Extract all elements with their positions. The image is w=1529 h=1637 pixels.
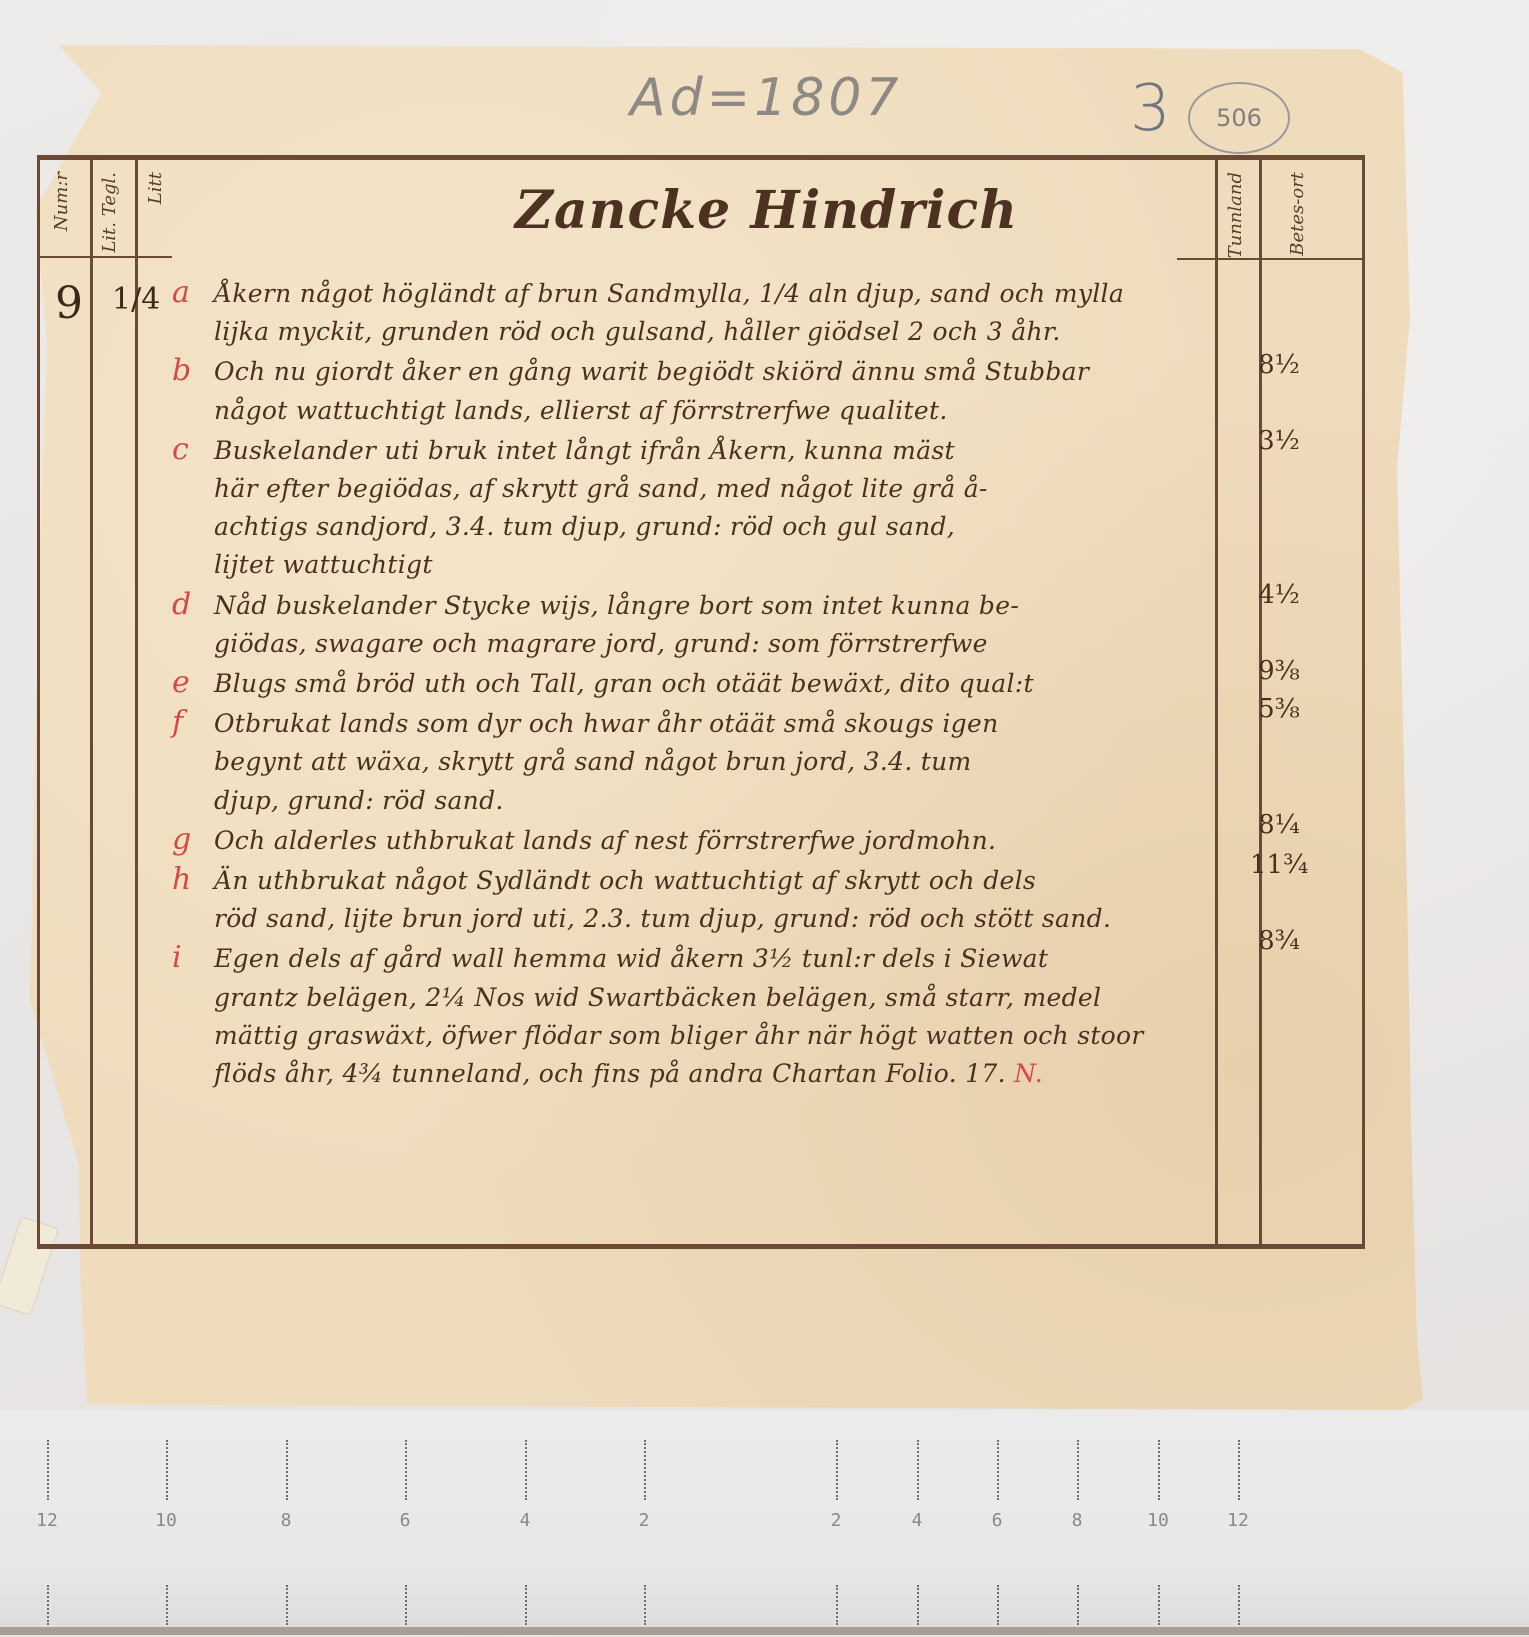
ruler-label: 10 xyxy=(1147,1510,1169,1531)
entry-b: b Och nu giordt åker en gång warit begiö… xyxy=(172,353,1242,429)
entry-line: något wattuchtigt lands, ellierst af för… xyxy=(214,392,1242,430)
entry-letter: i xyxy=(172,940,182,975)
entry-g: g Och alderles uthbrukat lands af nest f… xyxy=(172,822,1242,860)
area-value-g: 11¾ xyxy=(1250,850,1308,880)
ruler-label: 2 xyxy=(639,1510,650,1531)
ruler-base-edge xyxy=(0,1627,1529,1635)
entry-line: djup, grund: röd sand. xyxy=(214,782,1242,820)
entry-line: grantz belägen, 2¼ Nos wid Swartbäcken b… xyxy=(214,979,1242,1017)
ruler-tick xyxy=(997,1585,999,1625)
entry-line: begynt att wäxa, skrytt grå sand något b… xyxy=(214,743,1242,781)
entry-line: Och nu giordt åker en gång warit begiödt… xyxy=(214,353,1242,391)
ruler-tick xyxy=(405,1585,407,1625)
ruler-tick xyxy=(286,1440,288,1500)
ledger-col-divider-2 xyxy=(135,160,138,1244)
entry-line: Nåd buskelander Stycke wijs, långre bort… xyxy=(214,587,1242,625)
entry-letter: b xyxy=(172,353,191,388)
ruler-tick xyxy=(525,1585,527,1625)
area-value-b: 3½ xyxy=(1250,426,1308,456)
ruler-tick xyxy=(1238,1440,1240,1500)
entry-c: c Buskelander uti bruk intet långt ifrån… xyxy=(172,432,1242,585)
area-value-c: 4½ xyxy=(1250,580,1308,610)
ruler-label: 10 xyxy=(155,1510,177,1531)
entry-line-text: flöds åhr, 4¾ tunneland, och fins på and… xyxy=(214,1059,1006,1088)
ruler-tick xyxy=(47,1440,49,1500)
pencil-sheet-number: 3 xyxy=(1130,72,1171,146)
entry-h: h Än uthbrukat något Sydländt och wattuc… xyxy=(172,862,1242,938)
ruler-tick xyxy=(47,1585,49,1625)
entry-a: a Åkern något högländt af brun Sandmylla… xyxy=(172,275,1242,351)
ruler-label: 6 xyxy=(400,1510,411,1531)
ruler-tick xyxy=(405,1440,407,1500)
area-value-a: 8½ xyxy=(1250,350,1308,380)
circled-archive-number-text: 506 xyxy=(1216,104,1262,132)
entry-line: Än uthbrukat något Sydländt och wattucht… xyxy=(214,862,1242,900)
column-header-tunnland: Tunnland xyxy=(1225,172,1246,258)
ruler-tick xyxy=(166,1440,168,1500)
entries-list: a Åkern något högländt af brun Sandmylla… xyxy=(172,275,1242,1095)
entry-letter: a xyxy=(172,275,190,310)
ruler-tick xyxy=(836,1585,838,1625)
ruler-tick xyxy=(644,1440,646,1500)
ruler-tick xyxy=(644,1585,646,1625)
ruler-tick xyxy=(1158,1585,1160,1625)
ruler-tick xyxy=(1077,1585,1079,1625)
entry-line: Blugs små bröd uth och Tall, gran och ot… xyxy=(214,665,1242,703)
entry-line: mättig graswäxt, öfwer flödar som bliger… xyxy=(214,1017,1242,1055)
entry-d: d Nåd buskelander Stycke wijs, långre bo… xyxy=(172,587,1242,663)
ruler-label: 12 xyxy=(36,1510,58,1531)
entry-letter: g xyxy=(172,822,191,857)
column-header-number: Num:r xyxy=(51,172,72,231)
entry-e: e Blugs små bröd uth och Tall, gran och … xyxy=(172,665,1242,703)
column-header-litt: Litt xyxy=(145,172,166,204)
entry-letter: f xyxy=(172,705,183,740)
pencil-reference: Ad=1807 xyxy=(630,68,903,128)
ruler-label: 12 xyxy=(1227,1510,1249,1531)
ruler-label: 8 xyxy=(1072,1510,1083,1531)
entry-letter: d xyxy=(172,587,191,622)
left-header-rule xyxy=(37,256,172,258)
entry-i: i Egen dels af gård wall hemma wid åkern… xyxy=(172,940,1242,1093)
ruler-tick xyxy=(836,1440,838,1500)
measuring-ruler: 12 10 8 6 4 2 2 4 6 8 10 12 xyxy=(0,1410,1529,1635)
ledger-col-divider-1 xyxy=(90,160,93,1244)
entry-line: röd sand, lijte brun jord uti, 2.3. tum … xyxy=(214,900,1242,938)
entry-line: Och alderles uthbrukat lands af nest för… xyxy=(214,822,1242,860)
ledger-right-border xyxy=(1362,160,1365,1244)
entry-line: lijka myckit, grunden röd och gulsand, h… xyxy=(214,313,1242,351)
ruler-label: 4 xyxy=(520,1510,531,1531)
area-value-d: 9⅜ xyxy=(1250,656,1308,686)
ruler-label: 2 xyxy=(831,1510,842,1531)
circled-archive-number: 506 xyxy=(1188,82,1290,154)
ruler-tick xyxy=(286,1585,288,1625)
ruler-tick xyxy=(917,1440,919,1500)
entry-line: Egen dels af gård wall hemma wid åkern 3… xyxy=(214,940,1242,978)
area-value-f: 8¼ xyxy=(1250,810,1308,840)
ruler-tick xyxy=(997,1440,999,1500)
entry-line: achtigs sandjord, 3.4. tum djup, grund: … xyxy=(214,508,1242,546)
entry-line: här efter begiödas, af skrytt grå sand, … xyxy=(214,470,1242,508)
ruler-label: 4 xyxy=(912,1510,923,1531)
entry-line: giödas, swagare och magrare jord, grund:… xyxy=(214,625,1242,663)
page-title: Zancke Hindrich xyxy=(515,180,1018,241)
column-header-betes-ort: Betes-ort xyxy=(1287,172,1308,256)
ruler-tick xyxy=(1077,1440,1079,1500)
ruler-tick xyxy=(917,1585,919,1625)
ruler-tick xyxy=(166,1585,168,1625)
ruler-tick xyxy=(1238,1585,1240,1625)
entry-line: Åkern något högländt af brun Sandmylla, … xyxy=(214,275,1242,313)
parcel-number: 9 xyxy=(55,278,83,329)
entry-letter: h xyxy=(172,862,191,897)
entry-letter: e xyxy=(172,665,190,700)
right-header-rule xyxy=(1177,258,1365,260)
entry-line: Otbrukat lands som dyr och hwar åhr otää… xyxy=(214,705,1242,743)
entry-line: flöds åhr, 4¾ tunneland, och fins på and… xyxy=(214,1055,1242,1093)
parcel-fraction: 1/4 xyxy=(112,282,160,317)
area-value-h: 8¾ xyxy=(1250,926,1308,956)
area-value-e: 5⅜ xyxy=(1250,694,1308,724)
ruler-tick xyxy=(1158,1440,1160,1500)
ruler-tick xyxy=(525,1440,527,1500)
ruler-label: 6 xyxy=(992,1510,1003,1531)
ledger-left-border xyxy=(37,160,40,1244)
entry-line: lijtet wattuchtigt xyxy=(214,546,1242,584)
entry-letter: c xyxy=(172,432,189,467)
column-header-lit-tegl: Lit. Tegl. xyxy=(99,172,120,253)
ruler-label: 8 xyxy=(281,1510,292,1531)
ledger-table: Num:r Lit. Tegl. Litt Tunnland Betes-ort… xyxy=(37,155,1365,1249)
entry-f: f Otbrukat lands som dyr och hwar åhr ot… xyxy=(172,705,1242,820)
entry-line: Buskelander uti bruk intet långt ifrån Å… xyxy=(214,432,1242,470)
footnote-marker: N. xyxy=(1014,1059,1043,1088)
